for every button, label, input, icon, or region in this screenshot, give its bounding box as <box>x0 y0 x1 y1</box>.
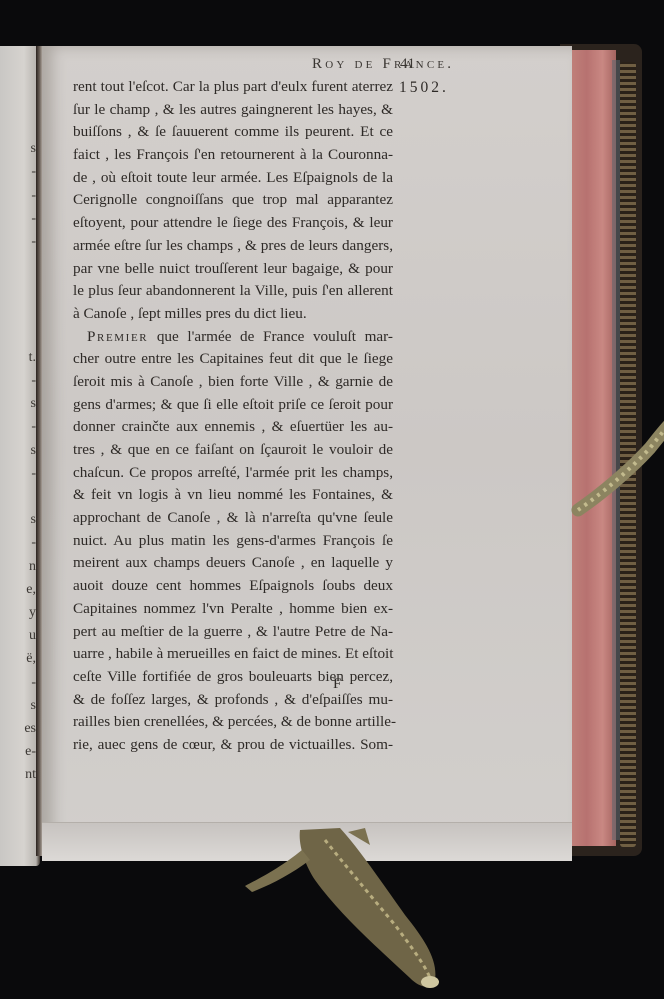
text-line: Premier que l'armée de France vouluſt ma… <box>73 326 393 349</box>
left-page-fragment <box>0 300 36 323</box>
text-line: rie, auec gens de cœur, & prou de victua… <box>73 734 393 757</box>
text-line: approchant de Canoſe , & là n'arreſta qu… <box>73 507 393 530</box>
left-page-fragment: nt <box>0 763 36 786</box>
text-line: ceſte Ville fortifiée de gros bouleuarts… <box>73 666 393 689</box>
left-page-fragment <box>0 114 36 137</box>
text-line-content: pert au meſtier de la guerre , & l'autre… <box>73 623 393 640</box>
left-page-fragment: u <box>0 624 36 647</box>
text-line-content: chaſcun. Ce propos arreſté, l'armée prit… <box>73 464 393 481</box>
text-line-content: rent tout l'eſcot. Car la plus part d'eu… <box>73 78 393 95</box>
text-line-content: Capitaines nommez l'vn Peralte , homme b… <box>73 600 393 617</box>
text-line: Cerignolle congnoiſſans que trop mal app… <box>73 189 393 212</box>
text-line-content: par vne belle nuict trouſſerent leur bag… <box>73 260 393 277</box>
left-page-fragment <box>0 276 36 299</box>
left-page-fragment: s <box>0 694 36 717</box>
text-line-content: ſur le champ , & les autres gaingnerent … <box>73 101 393 118</box>
left-facing-page: s----t.-s-s-s-ne,yuë,-sese-nt <box>0 46 40 866</box>
text-line-content: Cerignolle congnoiſſans que trop mal app… <box>73 191 393 208</box>
left-page-fragment: s <box>0 439 36 462</box>
left-page-fragment: e, <box>0 578 36 601</box>
text-line: le plus ſeur abandonnerent la Ville, pui… <box>73 280 393 303</box>
left-page-fragment: e- <box>0 740 36 763</box>
left-page-fragment: s <box>0 137 36 160</box>
text-line-content: rie, auec gens de cœur, & prou de victua… <box>73 736 393 753</box>
text-line-content: auoit douze cent hommes Eſpaignols ſoubs… <box>73 577 393 594</box>
text-line: ſeroit mis à Canoſe , bien forte Ville ,… <box>73 371 393 394</box>
text-line: cher outre entre les Capitaines feut dit… <box>73 348 393 371</box>
left-page-fragment: t. <box>0 346 36 369</box>
left-page-fragment: s <box>0 392 36 415</box>
paragraph-lead-word: Premier <box>87 328 148 345</box>
text-line: armée eſtre ſur les champs , & pres de l… <box>73 235 393 258</box>
left-page-fragment: - <box>0 462 36 485</box>
red-fore-edge <box>571 50 616 846</box>
text-line-content: faict , les François ſ'en retournerent à… <box>73 146 393 163</box>
left-page-fragment: - <box>0 184 36 207</box>
text-line-content: & de foſſez larges, & profonds , & d'eſp… <box>73 691 393 708</box>
left-page-fragment: s <box>0 508 36 531</box>
fore-edge-shadow <box>612 60 620 840</box>
left-page-fragment: - <box>0 369 36 392</box>
text-line: buiſſons , & ſe ſauuerent comme ils peur… <box>73 121 393 144</box>
text-line: meirent aux champs deuers Canoſe , en la… <box>73 552 393 575</box>
left-page-fragment: - <box>0 531 36 554</box>
text-line-content: tres , & que en ce faiſant on ſçauroit l… <box>73 441 393 458</box>
left-page-fragment: es <box>0 717 36 740</box>
text-line: uarre , habile à merueilles en faict de … <box>73 643 393 666</box>
text-line: & feit vn logis à vn lieu nommé les Font… <box>73 484 393 507</box>
left-page-fragment: - <box>0 671 36 694</box>
text-line-content: & feit vn logis à vn lieu nommé les Font… <box>73 486 393 503</box>
gilt-tooled-cover-edge <box>620 62 636 847</box>
text-line: tres , & que en ce faiſant on ſçauroit l… <box>73 439 393 462</box>
left-page-fragment: - <box>0 160 36 183</box>
text-line: faict , les François ſ'en retournerent à… <box>73 144 393 167</box>
text-line: eſtoyent, pour attendre le ſiege des Fra… <box>73 212 393 235</box>
text-line: donner crainčte aux ennemis , & eſuertüe… <box>73 416 393 439</box>
book-photo-scene: s----t.-s-s-s-ne,yuë,-sese-nt Roy de Fra… <box>0 0 664 999</box>
text-line: & de foſſez larges, & profonds , & d'eſp… <box>73 689 393 712</box>
text-line: ſur le champ , & les autres gaingnerent … <box>73 99 393 122</box>
text-line-content: gens d'armes; & que ſi elle eſtoit priſe… <box>73 396 393 413</box>
text-line: auoit douze cent hommes Eſpaignols ſoubs… <box>73 575 393 598</box>
text-line-content: meirent aux champs deuers Canoſe , en la… <box>73 554 393 571</box>
text-line: par vne belle nuict trouſſerent leur bag… <box>73 258 393 281</box>
signature-mark: F <box>333 676 341 693</box>
text-line: à Canoſe , ſept milles pres du dict lieu… <box>73 303 393 326</box>
text-line: pert au meſtier de la guerre , & l'autre… <box>73 621 393 644</box>
left-page-fragment: - <box>0 207 36 230</box>
brass-lizard-bookmark-icon <box>230 820 460 999</box>
page-number: 41 <box>400 56 415 73</box>
text-line: railles bien crenellées, & percées, & de… <box>73 711 393 734</box>
text-line-content: ſeroit mis à Canoſe , bien forte Ville ,… <box>73 373 393 390</box>
text-line: gens d'armes; & que ſi elle eſtoit priſe… <box>73 394 393 417</box>
text-line-content: le plus ſeur abandonnerent la Ville, pui… <box>73 282 393 299</box>
text-line: de , où eſtoit toute leur armée. Les Eſp… <box>73 167 393 190</box>
left-page-fragment: y <box>0 601 36 624</box>
text-line-content: à Canoſe , ſept milles pres du dict lieu… <box>73 305 307 322</box>
text-line-content: que l'armée de France vouluſt mar- <box>148 328 393 345</box>
text-line: Capitaines nommez l'vn Peralte , homme b… <box>73 598 393 621</box>
text-line-content: cher outre entre les Capitaines feut dit… <box>73 350 393 367</box>
text-line: nuict. Au plus matin les gens-d'armes Fr… <box>73 530 393 553</box>
text-line-content: nuict. Au plus matin les gens-d'armes Fr… <box>73 532 393 549</box>
left-page-fragment: - <box>0 415 36 438</box>
left-page-fragment <box>0 323 36 346</box>
text-line-content: armée eſtre ſur les champs , & pres de l… <box>73 237 393 254</box>
text-line: rent tout l'eſcot. Car la plus part d'eu… <box>73 76 393 99</box>
text-line-content: railles bien crenellées, & percées, & de… <box>73 713 396 730</box>
left-page-fragment <box>0 253 36 276</box>
text-line: chaſcun. Ce propos arreſté, l'armée prit… <box>73 462 393 485</box>
text-line-content: uarre , habile à merueilles en faict de … <box>73 645 394 662</box>
body-text: rent tout l'eſcot. Car la plus part d'eu… <box>73 76 393 757</box>
text-line-content: approchant de Canoſe , & là n'arreſta qu… <box>73 509 393 526</box>
left-page-fragment: n <box>0 555 36 578</box>
left-page-fragment: ë, <box>0 647 36 670</box>
text-line-content: donner crainčte aux ennemis , & eſuertüe… <box>73 418 393 435</box>
text-line-content: ceſte Ville fortifiée de gros bouleuarts… <box>73 668 393 685</box>
left-page-fragment: - <box>0 230 36 253</box>
left-page-line-endings: s----t.-s-s-s-ne,yuë,-sese-nt <box>0 114 36 786</box>
text-line-content: eſtoyent, pour attendre le ſiege des Fra… <box>73 214 393 231</box>
text-line-content: de , où eſtoit toute leur armée. Les Eſp… <box>73 169 393 186</box>
left-page-fragment <box>0 485 36 508</box>
text-line-content: buiſſons , & ſe ſauuerent comme ils peur… <box>73 123 393 140</box>
margin-date: 1502. <box>399 79 449 97</box>
